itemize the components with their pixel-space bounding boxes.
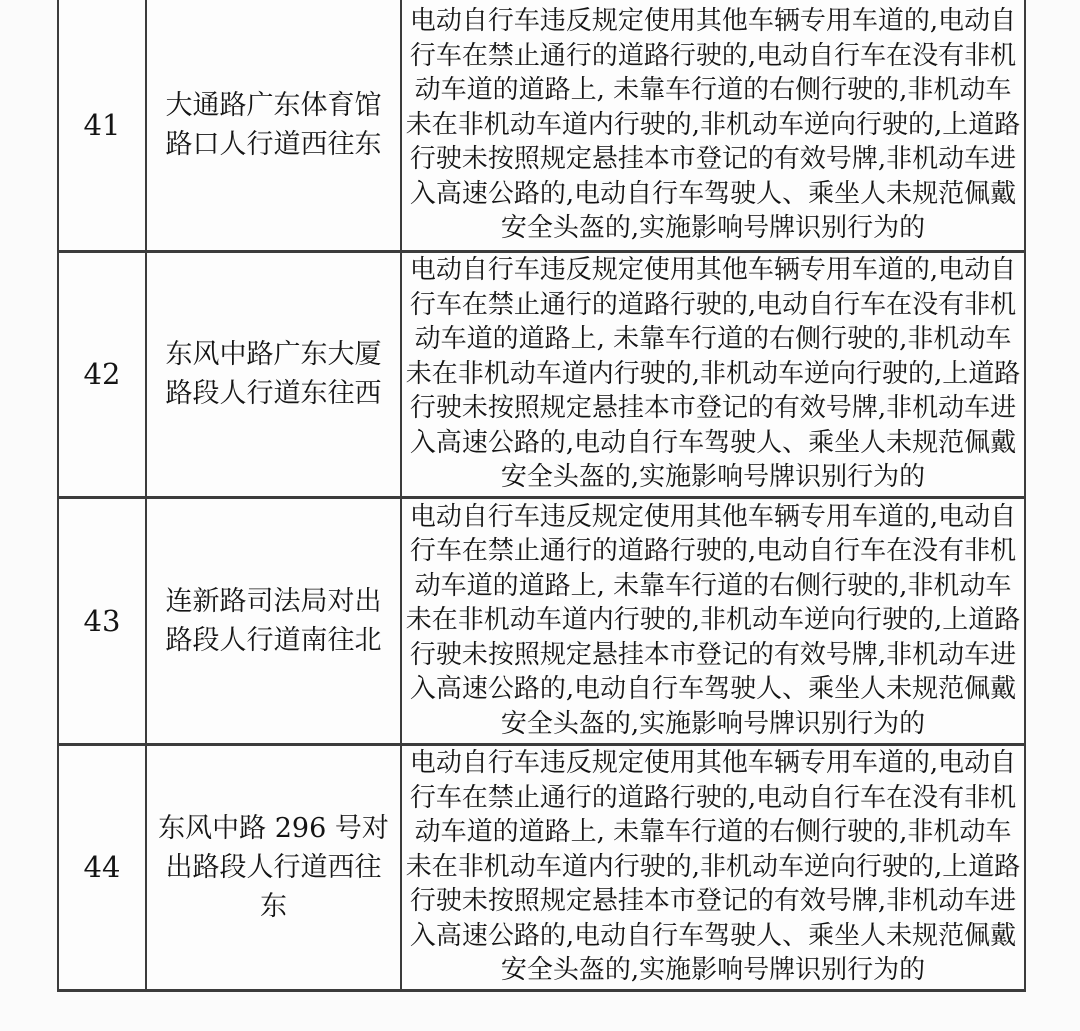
table-body: 41 大通路广东体育馆路口人行道西往东 电动自行车违反规定使用其他车辆专用车道的… [58, 0, 1025, 990]
violations-cell: 电动自行车违反规定使用其他车辆专用车道的,电动自行车在禁止通行的道路行驶的,电动… [401, 497, 1025, 744]
location-cell: 东风中路广东大厦路段人行道东往西 [146, 251, 401, 497]
row-number-cell: 44 [58, 744, 146, 990]
table-row: 44 东风中路 296 号对出路段人行道西往东 电动自行车违反规定使用其他车辆专… [58, 744, 1025, 990]
violations-cell: 电动自行车违反规定使用其他车辆专用车道的,电动自行车在禁止通行的道路行驶的,电动… [401, 0, 1025, 251]
table-row: 42 东风中路广东大厦路段人行道东往西 电动自行车违反规定使用其他车辆专用车道的… [58, 251, 1025, 497]
row-number-cell: 41 [58, 0, 146, 251]
location-cell: 连新路司法局对出路段人行道南往北 [146, 497, 401, 744]
table-row: 43 连新路司法局对出路段人行道南往北 电动自行车违反规定使用其他车辆专用车道的… [58, 497, 1025, 744]
row-number-cell: 42 [58, 251, 146, 497]
violations-cell: 电动自行车违反规定使用其他车辆专用车道的,电动自行车在禁止通行的道路行驶的,电动… [401, 744, 1025, 990]
location-cell: 东风中路 296 号对出路段人行道西往东 [146, 744, 401, 990]
document-page: 41 大通路广东体育馆路口人行道西往东 电动自行车违反规定使用其他车辆专用车道的… [0, 0, 1080, 1031]
violation-locations-table: 41 大通路广东体育馆路口人行道西往东 电动自行车违反规定使用其他车辆专用车道的… [57, 0, 1026, 992]
table-row: 41 大通路广东体育馆路口人行道西往东 电动自行车违反规定使用其他车辆专用车道的… [58, 0, 1025, 251]
violations-cell: 电动自行车违反规定使用其他车辆专用车道的,电动自行车在禁止通行的道路行驶的,电动… [401, 251, 1025, 497]
row-number-cell: 43 [58, 497, 146, 744]
location-cell: 大通路广东体育馆路口人行道西往东 [146, 0, 401, 251]
